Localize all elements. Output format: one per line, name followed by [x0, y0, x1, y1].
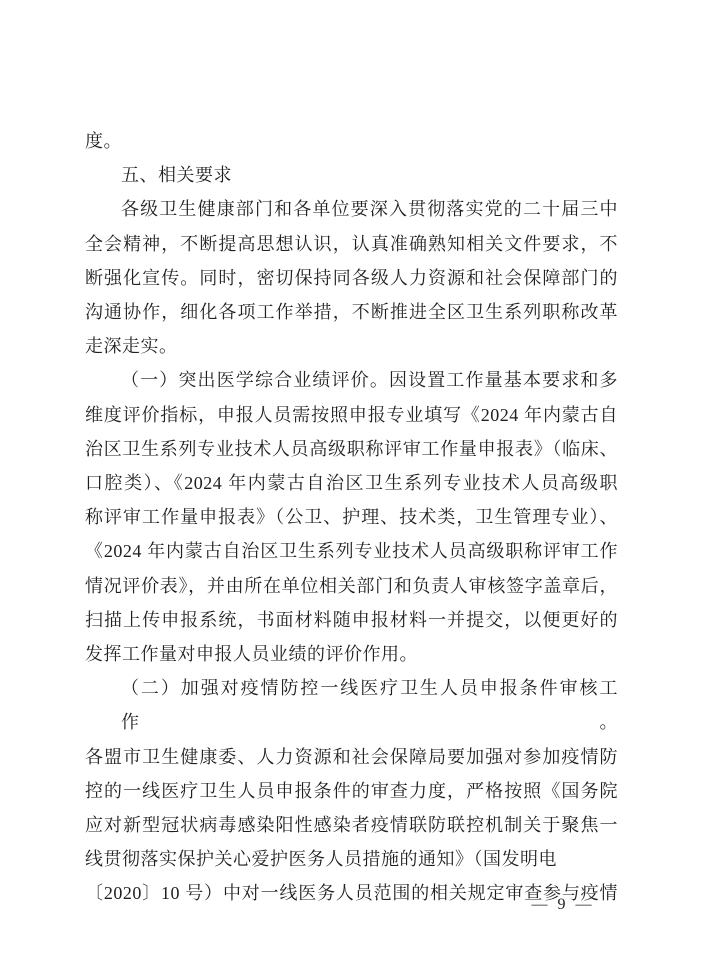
text-line: 全会精神，不断提高思想认识，认真准确熟知相关文件要求，不 [85, 227, 618, 261]
text-line: 沟通协作，细化各项工作举措，不断推进全区卫生系列职称改革 [85, 295, 618, 329]
page-number: — 9 — [518, 895, 608, 915]
text-line: 度。 [85, 124, 618, 158]
text-line: 控的一线医疗卫生人员申报条件的审查力度，严格按照《国务院 [85, 774, 618, 808]
text-line: （一）突出医学综合业绩评价。因设置工作量基本要求和多 [85, 363, 618, 397]
text-line: 治区卫生系列专业技术人员高级职称评审工作量申报表》（临床、 [85, 432, 618, 466]
document-text-block: 度。五、相关要求各级卫生健康部门和各单位要深入贯彻落实党的二十届三中全会精神，不… [85, 124, 618, 911]
text-line: 五、相关要求 [85, 158, 618, 192]
text-line: 各级卫生健康部门和各单位要深入贯彻落实党的二十届三中 [85, 192, 618, 226]
text-line: 口腔类）、《2024 年内蒙古自治区卫生系列专业技术人员高级职 [85, 466, 618, 500]
text-line: 维度评价指标，申报人员需按照申报专业填写《2024 年内蒙古自 [85, 398, 618, 432]
text-line: 各盟市卫生健康委、人力资源和社会保障局要加强对参加疫情防 [85, 740, 618, 774]
text-line: 应对新型冠状病毒感染阳性感染者疫情联防联控机制关于聚焦一 [85, 808, 618, 842]
text-line: 扫描上传申报系统，书面材料随申报材料一并提交，以便更好的 [85, 603, 618, 637]
text-line: 断强化宣传。同时，密切保持同各级人力资源和社会保障部门的 [85, 261, 618, 295]
text-line: 线贯彻落实保护关心爱护医务人员措施的通知》（国发明电 [85, 842, 618, 876]
text-line: 情况评价表》，并由所在单位相关部门和负责人审核签字盖章后， [85, 569, 618, 603]
text-line: 称评审工作量申报表》（公卫、护理、技术类，卫生管理专业）、 [85, 500, 618, 534]
text-line: 《2024 年内蒙古自治区卫生系列专业技术人员高级职称评审工作 [85, 534, 618, 568]
text-line: 走深走实。 [85, 329, 618, 363]
text-line: （二）加强对疫情防控一线医疗卫生人员申报条件审核工作。 [85, 671, 618, 739]
document-page: 度。五、相关要求各级卫生健康部门和各单位要深入贯彻落实党的二十届三中全会精神，不… [0, 0, 704, 964]
text-line: 发挥工作量对申报人员业绩的评价作用。 [85, 637, 618, 671]
